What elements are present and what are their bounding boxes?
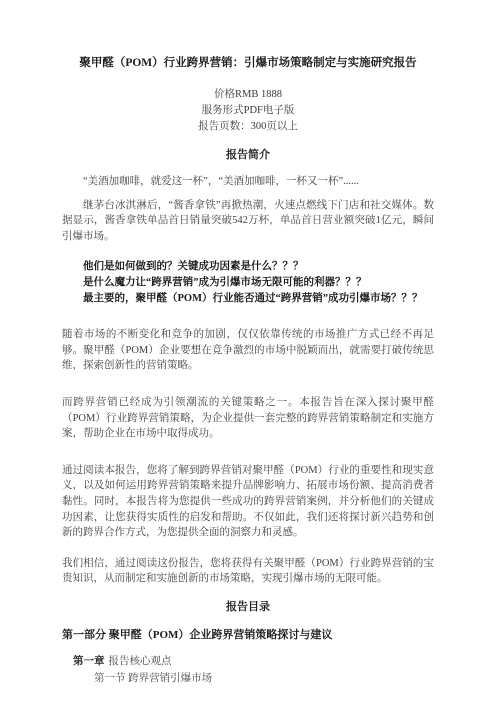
intro-heading: 报告简介 <box>62 148 434 162</box>
paragraph-lyric: “美酒加咖啡，就爱这一杯”，“美酒加咖啡，一杯又一杯”...... <box>62 174 434 190</box>
paragraph-case: 继茅台冰淇淋后，“酱香拿铁”再掀热潮，火速点燃线下门店和社交媒体。数据显示，酱香… <box>62 198 434 245</box>
question-line: 最主要的，聚甲醛（POM）行业能否通过“跨界营销”成功引爆市场？？？ <box>83 291 434 307</box>
toc-chapter1-label: 第一章 <box>73 656 105 667</box>
toc-section1: 第一节 跨界营销引爆市场 <box>94 671 434 687</box>
report-format: 服务形式PDF电子版 <box>62 103 434 119</box>
question-line: 是什么魔力让“跨界营销”成为引爆市场无限可能的利器？？？ <box>83 275 434 291</box>
paragraph-belief: 我们相信，通过阅读这份报告，您将获得有关聚甲醛（POM）行业跨界营销的宝贵知识，… <box>62 556 434 587</box>
report-meta: 价格RMB 1888 服务形式PDF电子版 报告页数：300页以上 <box>62 87 434 135</box>
report-page-count: 报告页数：300页以上 <box>62 119 434 135</box>
report-title: 聚甲醛（POM）行业跨界营销：引爆市场策略制定与实施研究报告 <box>62 56 434 71</box>
paragraph-benefit: 通过阅读本报告，您将了解到跨界营销对聚甲醛（POM）行业的重要性和现实意义，以及… <box>62 463 434 541</box>
toc-heading: 报告目录 <box>62 600 434 614</box>
paragraph-market: 随着市场的不断变化和竞争的加剧，仅仅依靠传统的市场推广方式已经不再足够。聚甲醛（… <box>62 327 434 374</box>
report-document-page: 聚甲醛（POM）行业跨界营销：引爆市场策略制定与实施研究报告 价格RMB 188… <box>0 0 496 701</box>
toc-chapter1-title: 报告核心观点 <box>109 656 172 667</box>
question-block: 他们是如何做到的？关键成功因素是什么？？？ 是什么魔力让“跨界营销”成为引爆市场… <box>83 259 434 306</box>
question-line: 他们是如何做到的？关键成功因素是什么？？？ <box>83 259 434 275</box>
report-price: 价格RMB 1888 <box>62 87 434 103</box>
toc-chapter1: 第一章报告核心观点 <box>73 654 434 670</box>
toc-part1: 第一部分 聚甲醛（POM）企业跨界营销策略探讨与建议 <box>62 628 434 642</box>
paragraph-strategy: 而跨界营销已经成为引领潮流的关键策略之一。本报告旨在深入探讨聚甲醛（POM）行业… <box>62 395 434 442</box>
